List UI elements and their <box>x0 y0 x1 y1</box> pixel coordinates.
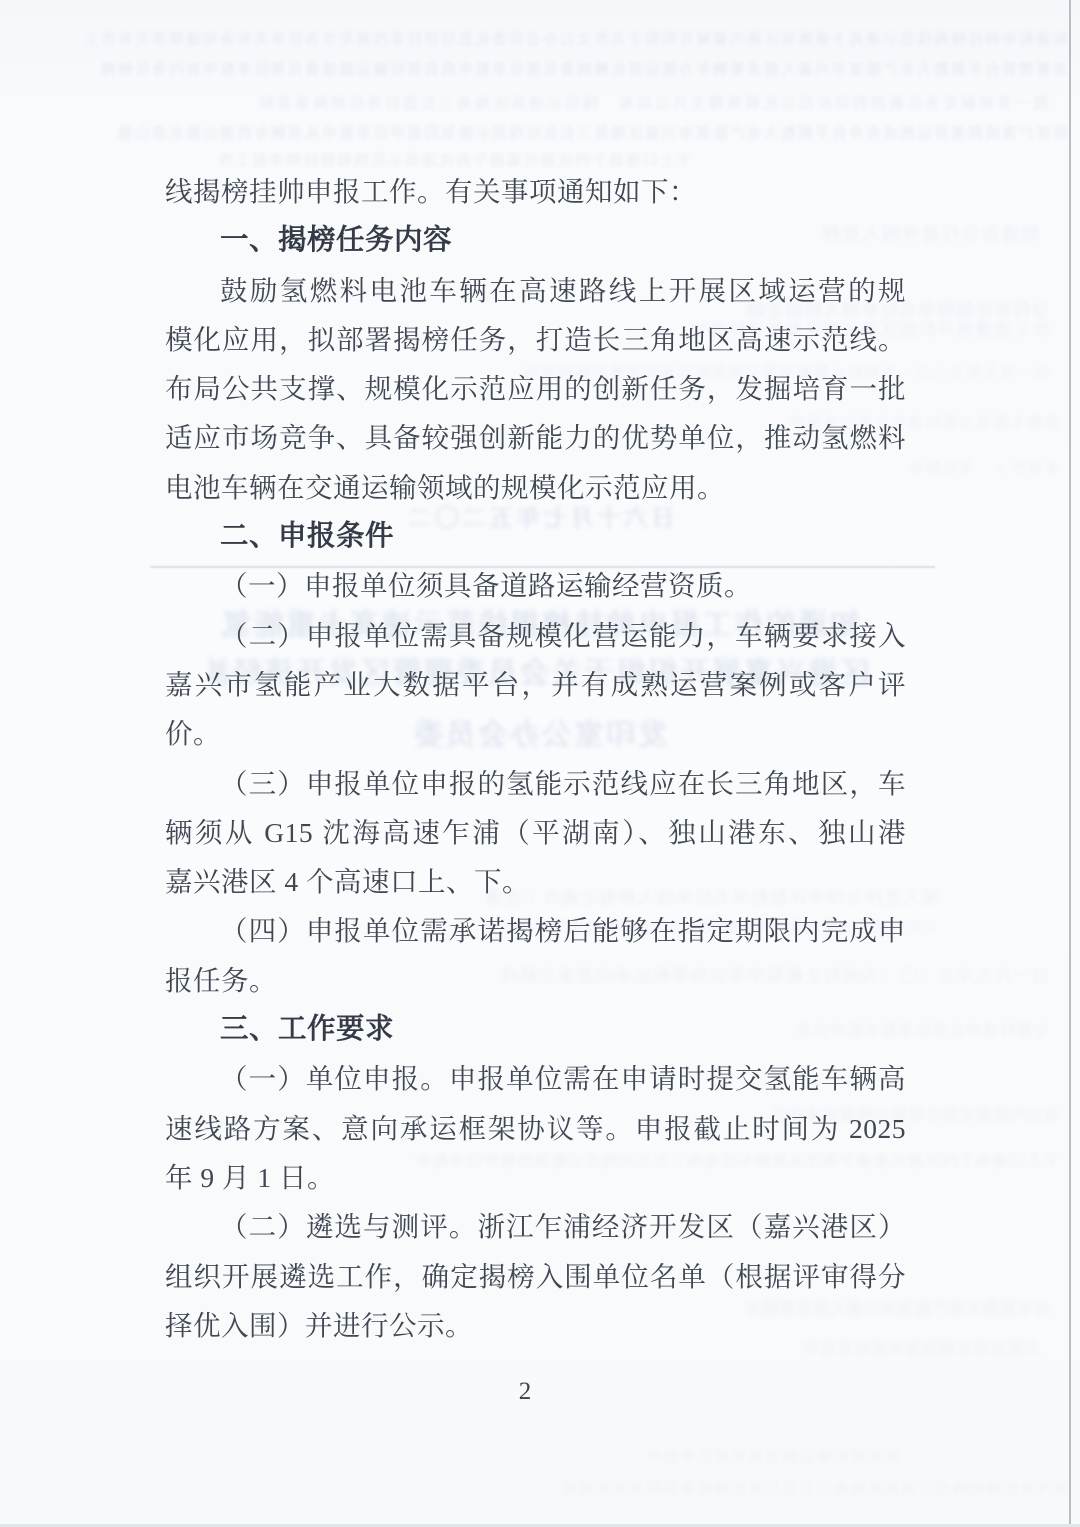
section-heading: 三、工作要求 <box>165 1005 906 1054</box>
document-body: 线揭榜挂帅申报工作。有关事项通知如下：一、揭榜任务内容鼓励氢燃料电池车辆在高速路… <box>165 167 906 1350</box>
bleedthrough-text: 质资营经输运路道备具须位单报申 <box>300 1444 900 1467</box>
bleedthrough-text: 知通报申帅挂榜揭线范示速高卡重能氢区港兴嘉展开织组于关件文公办会员委化息信济经革… <box>8 28 1068 49</box>
document-line: 报任务。 <box>165 956 906 1005</box>
bleedthrough-text: 批一育培掘发务任新创的用应范示化模规撑支共公局布 线范示速高区地角三长造打务任榜… <box>8 92 1048 113</box>
document-line: 鼓励氢燃料电池车辆在高速路线上开展区域运营的规 <box>165 266 906 315</box>
bleedthrough-text: 求要理管台平据数大业产能氢市兴嘉入接求要辆车力能运营化模规备具需位单报申质资营经… <box>8 58 1068 79</box>
section-heading: 一、揭榜任务内容 <box>165 216 906 265</box>
page-number: 2 <box>0 1378 1050 1406</box>
document-line: （四）申报单位需承诺揭榜后能够在指定期限内完成申 <box>165 906 906 955</box>
document-line: 组织开展遴选工作，确定揭榜入围单位名单（根据评审得分 <box>165 1252 906 1301</box>
document-line: 嘉兴港区 4 个高速口上、下。 <box>165 857 906 906</box>
document-line: （二）申报单位需具备规模化营运能力，车辆要求接入 <box>165 611 906 660</box>
document-line: 价。 <box>165 709 906 758</box>
document-line: （一）申报单位须具备道路运输经营资质。 <box>165 561 906 610</box>
scan-edge-line <box>1069 0 1071 1527</box>
section-heading: 二、申报条件 <box>165 512 906 561</box>
document-line: 线揭榜挂帅申报工作。有关事项通知如下： <box>165 167 906 216</box>
document-line: 适应市场竞争、具备较强创新能力的优势单位，推动氢燃料 <box>165 413 906 462</box>
document-line: 模化应用，拟部署揭榜任务，打造长三角地区高速示范线。 <box>165 315 906 364</box>
document-line: 嘉兴市氢能产业大数据平台，并有成熟运营案例或客户评 <box>165 660 906 709</box>
bleedthrough-text: 价评户客或例案营运熟成有并台平据数大业产能氢市兴嘉区地角三长在应线范示能氢的报申… <box>8 122 1068 143</box>
document-line: 布局公共支撑、规模化示范应用的创新任务，发掘培育一批 <box>165 364 906 413</box>
document-line: （一）单位申报。申报单位需在申请时提交氢能车辆高 <box>165 1054 906 1103</box>
scanned-document-page: 知通报申帅挂榜揭线范示速高卡重能氢区港兴嘉展开织组于关件文公办会员委化息信济经革… <box>0 0 1080 1527</box>
document-line: 辆须从 G15 沈海高速乍浦（平湖南）、独山港东、独山港西、 <box>165 808 906 857</box>
document-line: 速线路方案、意向承运框架协议等。申报截止时间为 2025 <box>165 1104 906 1153</box>
document-line: （三）申报单位申报的氢能示范线应在长三角地区，车 <box>165 759 906 808</box>
document-line: 电池车辆在交通运输领域的规模化示范应用。 <box>165 463 906 512</box>
document-line: 年 9 月 1 日。 <box>165 1153 906 1202</box>
document-line: 择优入围）并进行公示。 <box>165 1301 906 1350</box>
document-line: （二）遴选与测评。浙江乍浦经济开发区（嘉兴港区） <box>165 1202 906 1251</box>
bleedthrough-text: 容内务任榜揭线范示速高区地角三长造打务任榜揭署部拟用应化模规 <box>150 1476 1070 1499</box>
